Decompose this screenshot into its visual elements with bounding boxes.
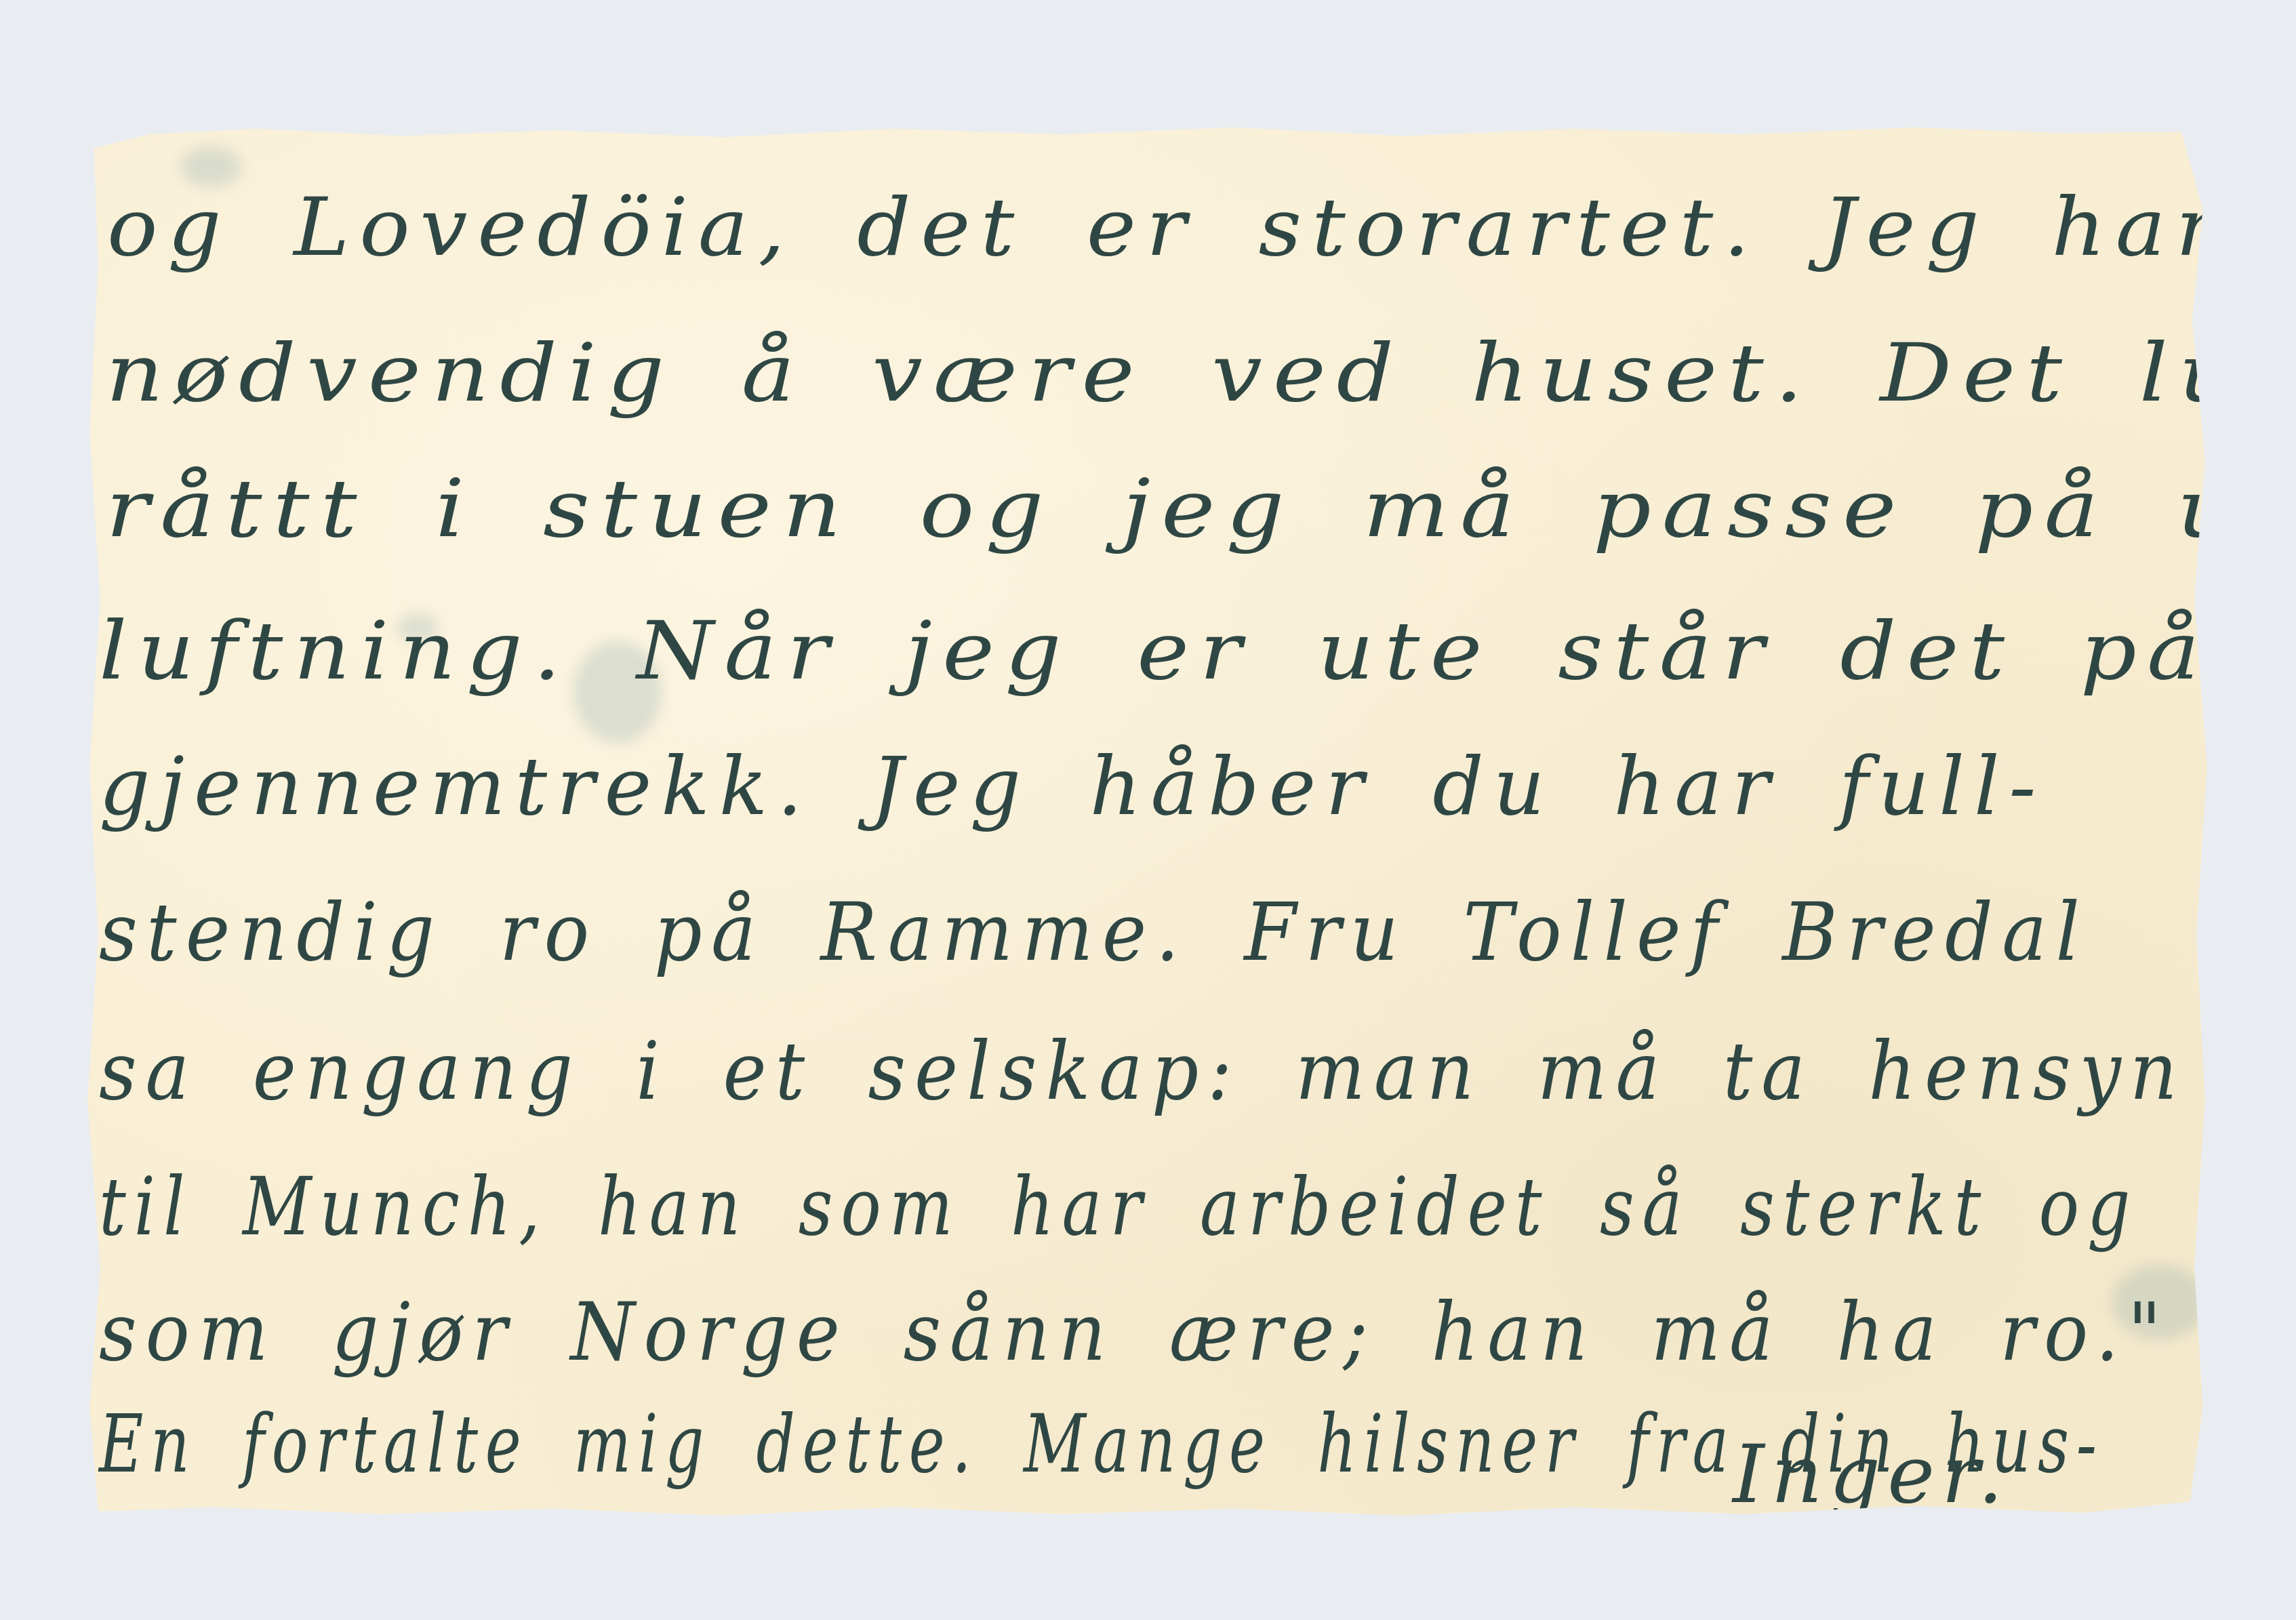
letter-line-5: gjennemtrekk. Jeg håber du har full-	[99, 746, 2046, 826]
letter-signature: Inger.	[1733, 1434, 2010, 1514]
letter-paper: og Lovedöia, det er storartet. Jeg har d…	[85, 126, 2211, 1518]
letter-line-6: stendig ro på Ramme. Fru Tollef Bredal	[99, 892, 2089, 972]
letter-line-8: til Munch, han som har arbeidet så sterk…	[99, 1167, 2138, 1247]
letter-line-2: nødvendig å være ved huset. Det lukter	[106, 333, 2296, 413]
letter-line-7: sa engang i et selskap: man må ta hensyn	[99, 1031, 2186, 1111]
letter-line-4: luftning. Når jeg er ute står det på	[99, 611, 2210, 691]
letter-line-1: og Lovedöia, det er storartet. Jeg har d…	[107, 187, 2296, 267]
letter-line-9: som gjør Norge sånn ære; han må ha ro."	[99, 1292, 2170, 1372]
letter-line-3: råttt i stuen og jeg må passe på ut-	[106, 468, 2296, 548]
